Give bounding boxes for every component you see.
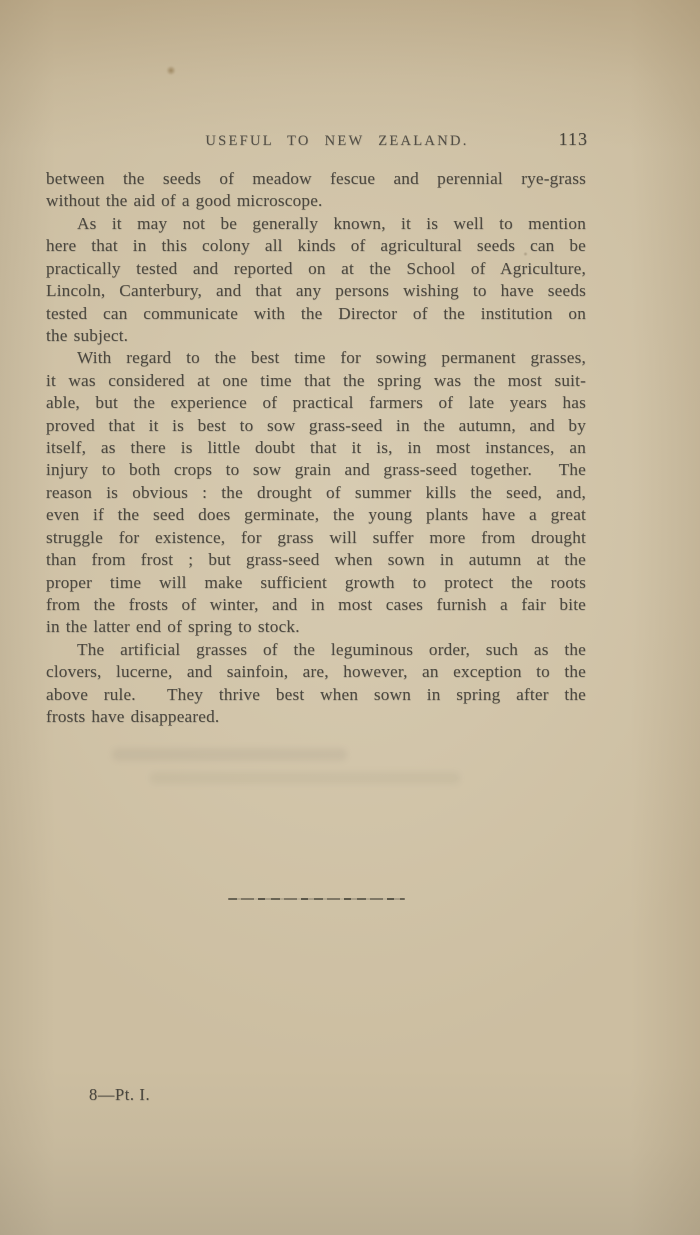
text-line: clovers, lucerne, and sainfoin, are, how… — [46, 661, 586, 683]
text-line: With regard to the best time for sowing … — [46, 347, 586, 369]
paper-stain — [166, 66, 176, 75]
text-line: without the aid of a good microscope. — [46, 190, 586, 212]
text-line: between the seeds of meadow fescue and p… — [46, 168, 586, 190]
text-line: even if the seed does germinate, the you… — [46, 504, 586, 526]
text-line: reason is obvious : the drought of summe… — [46, 482, 586, 504]
text-line: above rule. They thrive best when sown i… — [46, 684, 586, 706]
page-number: 113 — [559, 129, 588, 150]
text-line: the subject. — [46, 325, 586, 347]
text-line: The artificial grasses of the leguminous… — [46, 639, 586, 661]
text-line: frosts have disappeared. — [46, 706, 586, 728]
signature-mark: 8—Pt. I. — [89, 1085, 150, 1105]
text-line: from the frosts of winter, and in most c… — [46, 594, 586, 616]
text-line: in the latter end of spring to stock. — [46, 616, 586, 638]
text-line: Lincoln, Canterbury, and that any person… — [46, 280, 586, 302]
text-line: practically tested and reported on at th… — [46, 258, 586, 280]
text-line: struggle for existence, for grass will s… — [46, 527, 586, 549]
show-through-smudge — [112, 748, 347, 761]
book-page: USEFUL TO NEW ZEALAND. 113 between the s… — [0, 0, 700, 1235]
text-line: tested can communicate with the Director… — [46, 303, 586, 325]
text-line: injury to both crops to sow grain and gr… — [46, 459, 586, 481]
text-line: able, but the experience of practical fa… — [46, 392, 586, 414]
page-text: between the seeds of meadow fescue and p… — [46, 168, 586, 729]
text-line: As it may not be generally known, it is … — [46, 213, 586, 235]
text-line: proper time will make sufficient growth … — [46, 572, 586, 594]
show-through-smudge — [150, 772, 460, 784]
text-line: here that in this colony all kinds of ag… — [46, 235, 586, 257]
section-divider-rule — [228, 898, 405, 900]
text-line: itself, as there is little doubt that it… — [46, 437, 586, 459]
text-line: proved that it is best to sow grass-seed… — [46, 415, 586, 437]
text-line: it was considered at one time that the s… — [46, 370, 586, 392]
text-line: than from frost ; but grass-seed when so… — [46, 549, 586, 571]
